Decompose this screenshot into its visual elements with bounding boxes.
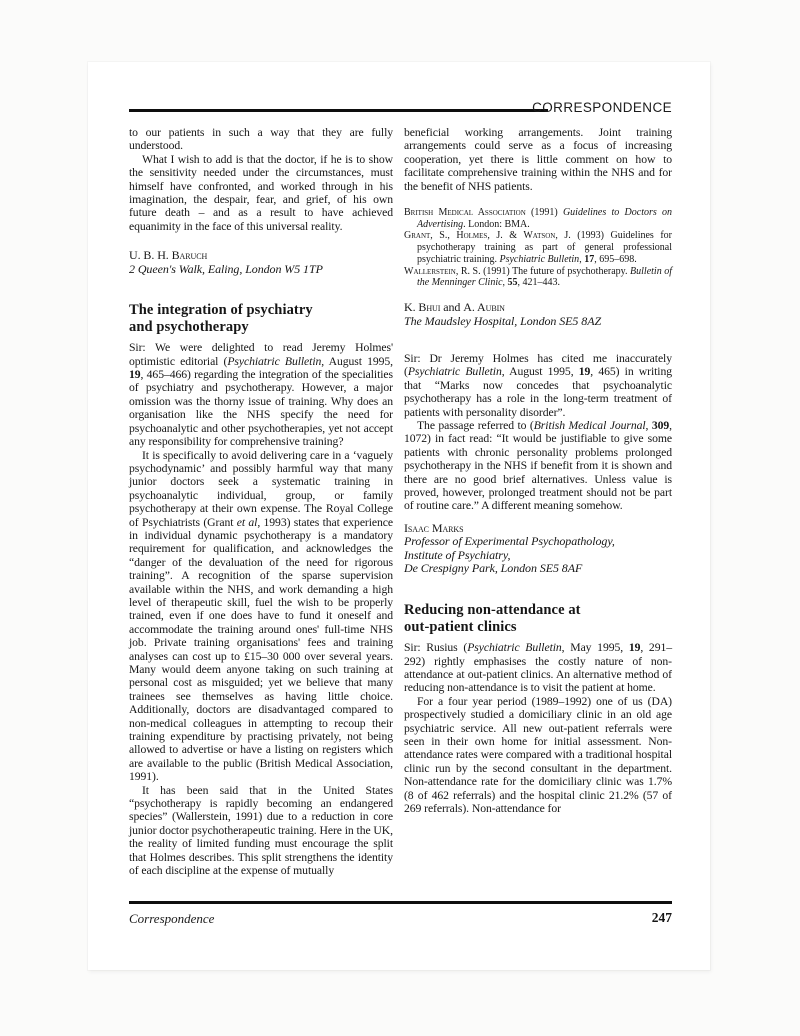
body-paragraph: beneficial working arrangements. Joint t…: [404, 126, 672, 193]
body-paragraph: to our patients in such a way that they …: [129, 126, 393, 153]
footer-running-title: Correspondence: [129, 911, 214, 927]
letter-signature: Isaac Marks Professor of Experimental Ps…: [404, 521, 672, 576]
footer-rule: [129, 901, 672, 904]
body-paragraph: Sir: Dr Jeremy Holmes has cited me inacc…: [404, 352, 672, 419]
signature-address-line: De Crespigny Park, London SE5 8AF: [404, 562, 672, 576]
letter-reply: Sir: Dr Jeremy Holmes has cited me inacc…: [404, 352, 672, 576]
signature-name: Isaac Marks: [404, 521, 672, 535]
letter-nonattendance: Reducing non-attendance at out-patient c…: [404, 602, 672, 815]
header-rule: [129, 109, 548, 112]
letter-title-line: out-patient clinics: [404, 619, 672, 636]
footer-page-number: 247: [652, 910, 672, 926]
letter-title: The integration of psychiatry and psycho…: [129, 302, 393, 336]
left-column: to our patients in such a way that they …: [129, 126, 393, 878]
body-paragraph: Sir: We were delighted to read Jeremy Ho…: [129, 341, 393, 448]
reference-item: Wallerstein, R. S. (1991) The future of …: [404, 266, 672, 289]
body-paragraph: It has been said that in the United Stat…: [129, 784, 393, 878]
journal-page: CORRESPONDENCE to our patients in such a…: [88, 62, 710, 970]
signature-address: 2 Queen's Walk, Ealing, London W5 1TP: [129, 262, 393, 276]
body-paragraph: The passage referred to (British Medical…: [404, 419, 672, 513]
body-paragraph: What I wish to add is that the doctor, i…: [129, 153, 393, 233]
signature-address-line: Professor of Experimental Psychopatholog…: [404, 535, 672, 549]
signature-name: U. B. H. Baruch: [129, 248, 393, 262]
body-paragraph: For a four year period (1989–1992) one o…: [404, 695, 672, 816]
section-header: CORRESPONDENCE: [532, 100, 672, 115]
letter-title-line: Reducing non-attendance at: [404, 602, 672, 619]
signature-name: K. Bhui and A. Aubin: [404, 300, 672, 314]
letter-title-line: The integration of psychiatry: [129, 302, 393, 319]
body-paragraph: It is specifically to avoid delivering c…: [129, 449, 393, 784]
signature-address: The Maudsley Hospital, London SE5 8AZ: [404, 314, 672, 328]
signature-address-line: Institute of Psychiatry,: [404, 549, 672, 563]
right-column: beneficial working arrangements. Joint t…: [404, 126, 672, 816]
reference-item: Grant, S., Holmes, J. & Watson, J. (1993…: [404, 230, 672, 265]
letter-signature: U. B. H. Baruch 2 Queen's Walk, Ealing, …: [129, 248, 393, 276]
letter-signature: K. Bhui and A. Aubin The Maudsley Hospit…: [404, 300, 672, 328]
letter-title-line: and psychotherapy: [129, 319, 393, 336]
body-paragraph: Sir: Rusius (Psychiatric Bulletin, May 1…: [404, 641, 672, 695]
reference-item: British Medical Association (1991) Guide…: [404, 207, 672, 230]
letter-title: Reducing non-attendance at out-patient c…: [404, 602, 672, 636]
reference-list: British Medical Association (1991) Guide…: [404, 207, 672, 289]
